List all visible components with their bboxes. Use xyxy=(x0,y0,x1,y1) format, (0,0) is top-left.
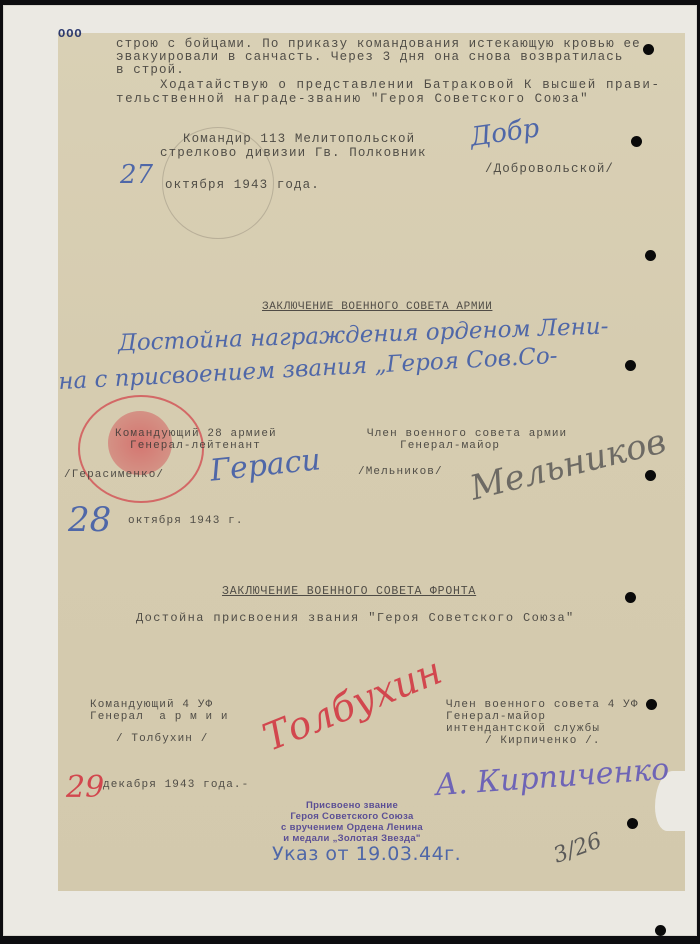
front-council-conclusion: Достойна присвоения звания "Героя Советс… xyxy=(136,612,575,625)
petition-line-1: Ходатайствую о представлении Батраковой … xyxy=(160,79,661,92)
division-commander-title-2: стрелково дивизии Гв. Полковник xyxy=(160,147,427,160)
award-stamp-line-2: Героя Советского Союза xyxy=(262,811,442,822)
front-council-heading: ЗАКЛЮЧЕНИЕ ВОЕННОГО СОВЕТА ФРОНТА xyxy=(222,585,476,598)
punch-hole xyxy=(625,360,636,371)
army-date: октября 1943 г. xyxy=(128,515,244,528)
punch-hole xyxy=(643,44,654,55)
intro-line-3: в строй. xyxy=(116,64,185,77)
award-stamp-line-1: Присвоено звание xyxy=(262,800,442,811)
punch-hole xyxy=(631,136,642,147)
division-commander-name: /Добровольской/ xyxy=(485,163,614,176)
army-member-title-2: Генерал-майор xyxy=(400,440,500,453)
decree-note: Указ от 19.03.44г. xyxy=(272,843,461,865)
front-member-name: / Кирпиченко /. xyxy=(485,735,601,748)
front-date: декабря 1943 года.- xyxy=(103,779,249,792)
division-date-day: 27 xyxy=(120,160,153,190)
punch-hole xyxy=(625,592,636,603)
front-commander-name: / Толбухин / xyxy=(116,733,208,746)
army-council-heading: ЗАКЛЮЧЕНИЕ ВОЕННОГО СОВЕТА АРМИИ xyxy=(262,301,492,314)
punch-hole xyxy=(645,470,656,481)
division-date: октября 1943 года. xyxy=(165,179,320,192)
corner-fragment: ООО xyxy=(58,27,83,41)
front-date-day: 29 xyxy=(66,770,104,805)
award-stamp: Присвоено звание Героя Советского Союза … xyxy=(262,800,442,844)
punch-hole xyxy=(645,250,656,261)
army-date-day: 28 xyxy=(68,500,111,540)
award-stamp-line-3: с вручением Ордена Ленина xyxy=(262,822,442,833)
front-commander-title-2: Генерал а р м и и xyxy=(90,711,229,724)
army-commander-name: /Герасименко/ xyxy=(64,469,164,482)
punch-hole xyxy=(646,699,657,710)
army-member-name: /Мельников/ xyxy=(358,466,443,479)
punch-hole xyxy=(655,925,666,936)
division-commander-title-1: Командир 113 Мелитопольской xyxy=(183,133,415,146)
punch-hole xyxy=(627,818,638,829)
petition-line-2: тельственной награде-званию "Героя Совет… xyxy=(116,93,589,106)
intro-line-2: эвакуировали в санчасть. Через 3 дня она… xyxy=(116,51,623,64)
